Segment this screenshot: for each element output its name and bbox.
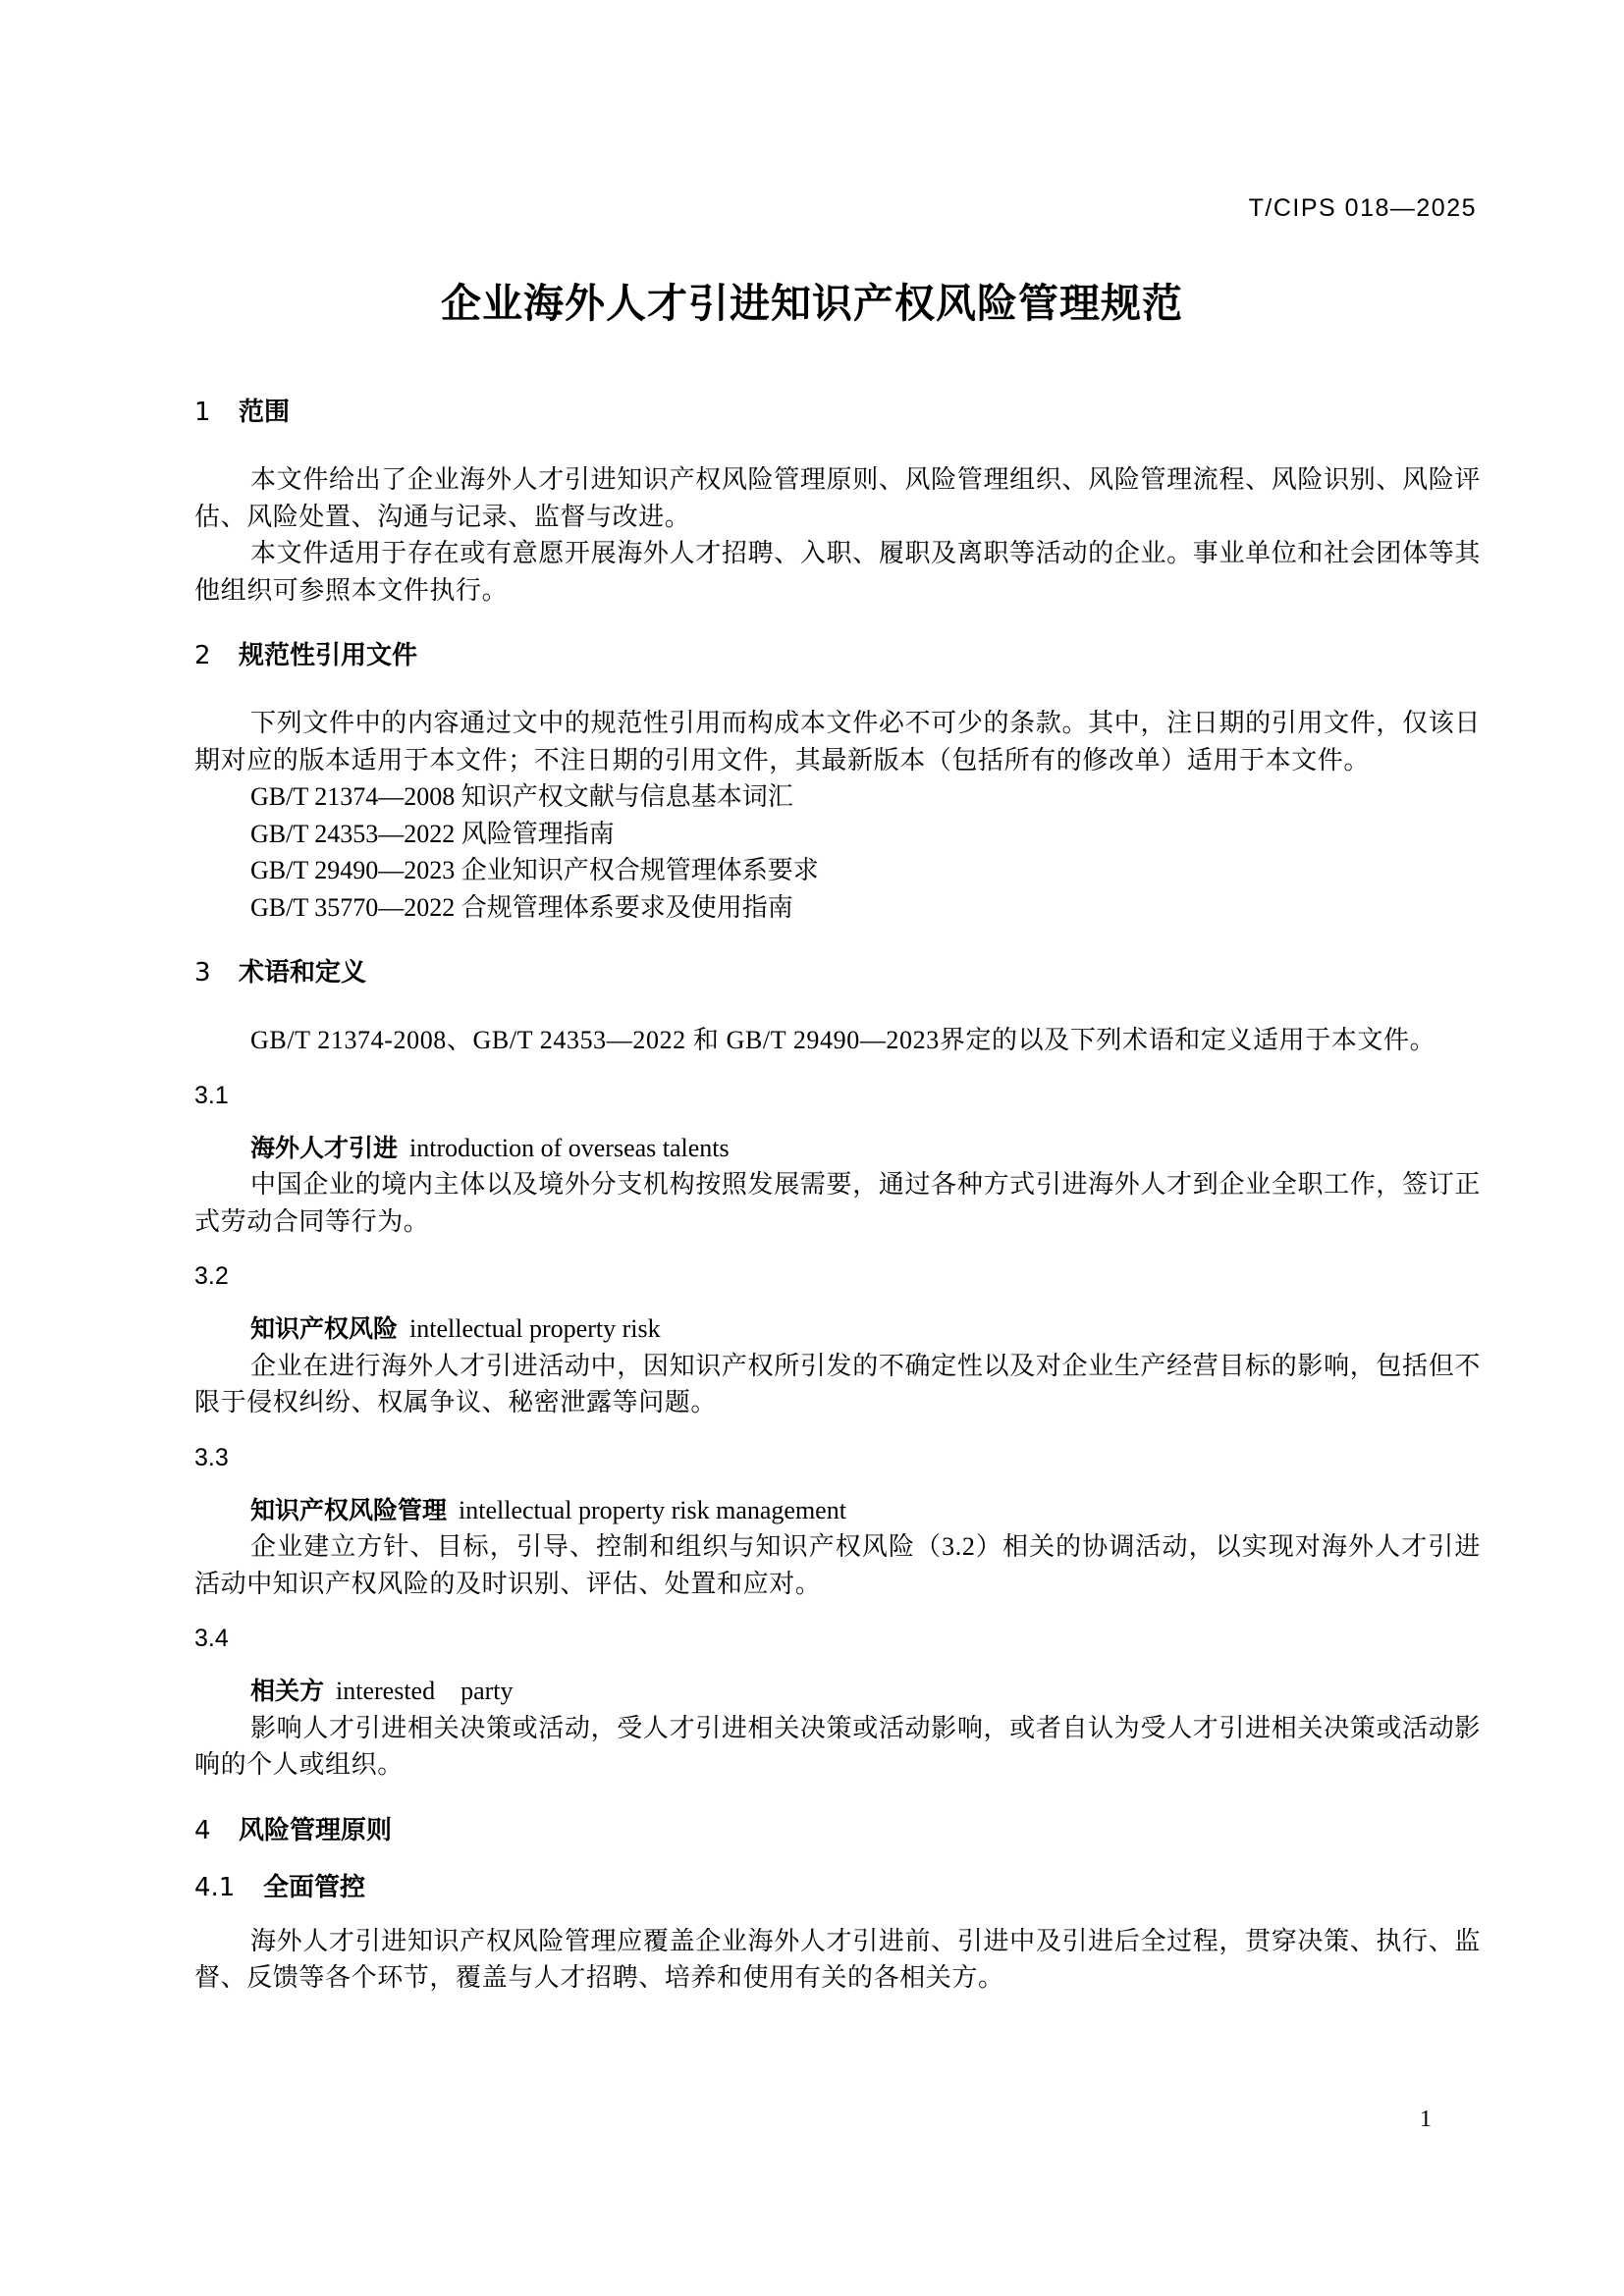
term-number: 3.2 [194, 1257, 1481, 1295]
term-chinese: 知识产权风险管理 [250, 1496, 447, 1524]
term-definition: 企业建立方针、目标，引导、控制和组织与知识产权风险（3.2）相关的协调活动，以实… [194, 1528, 1481, 1602]
section-heading-scope: 1范围 [194, 393, 1481, 432]
subsection-number: 4.1 [194, 1868, 263, 1907]
reference-item: GB/T 29490—2023 企业知识产权合规管理体系要求 [194, 852, 1481, 889]
term-definition: 影响人才引进相关决策或活动，受人才引进相关决策或活动影响，或者自认为受人才引进相… [194, 1710, 1481, 1784]
paragraph: GB/T 21374-2008、GB/T 24353—2022 和 GB/T 2… [194, 1022, 1481, 1059]
term-definition: 中国企业的境内主体以及境外分支机构按照发展需要，通过各种方式引进海外人才到企业全… [194, 1166, 1481, 1240]
paragraph: 本文件给出了企业海外人才引进知识产权风险管理原则、风险管理组织、风险管理流程、风… [194, 461, 1481, 535]
term-chinese: 知识产权风险 [250, 1314, 398, 1343]
term-entry: 相关方interested party [194, 1673, 1481, 1710]
paragraph: 下列文件中的内容通过文中的规范性引用而构成本文件必不可少的条款。其中，注日期的引… [194, 705, 1481, 778]
section-heading-terms-definitions: 3术语和定义 [194, 953, 1481, 992]
reference-code: GB/T 29490—2023 [250, 856, 455, 884]
term-english: intellectual property risk management [459, 1496, 846, 1524]
document-title: 企业海外人才引进知识产权风险管理规范 [0, 271, 1624, 329]
section-number: 2 [194, 636, 239, 675]
section-title: 风险管理原则 [239, 1816, 392, 1845]
reference-item: GB/T 21374—2008 知识产权文献与信息基本词汇 [194, 778, 1481, 816]
reference-code: GB/T 24353—2022 [250, 820, 455, 848]
document-code: T/CIPS 018—2025 [1249, 194, 1477, 223]
reference-item: GB/T 35770—2022 合规管理体系要求及使用指南 [194, 889, 1481, 927]
reference-code: GB/T 21374—2008 [250, 782, 455, 811]
term-entry: 海外人才引进introduction of overseas talents [194, 1130, 1481, 1167]
term-english: introduction of overseas talents [409, 1134, 730, 1162]
term-chinese: 相关方 [250, 1677, 324, 1705]
term-number: 3.4 [194, 1620, 1481, 1657]
paragraph: 本文件适用于存在或有意愿开展海外人才招聘、入职、履职及离职等活动的企业。事业单位… [194, 535, 1481, 609]
subsection-title: 全面管控 [263, 1873, 365, 1902]
term-entry: 知识产权风险intellectual property risk [194, 1310, 1481, 1348]
section-title: 规范性引用文件 [239, 641, 417, 670]
section-number: 3 [194, 953, 239, 992]
section-title: 范围 [239, 398, 290, 427]
term-english: interested party [336, 1677, 514, 1705]
section-heading-normative-references: 2规范性引用文件 [194, 636, 1481, 675]
reference-title: 企业知识产权合规管理体系要求 [461, 856, 819, 884]
reference-code: GB/T 35770—2022 [250, 893, 455, 922]
document-page: T/CIPS 018—2025 企业海外人才引进知识产权风险管理规范 1范围 本… [0, 0, 1624, 2296]
document-body: 1范围 本文件给出了企业海外人才引进知识产权风险管理原则、风险管理组织、风险管理… [194, 393, 1481, 1997]
page-number: 1 [1420, 2107, 1432, 2133]
section-title: 术语和定义 [239, 958, 366, 988]
reference-item: GB/T 24353—2022 风险管理指南 [194, 816, 1481, 853]
reference-title: 合规管理体系要求及使用指南 [461, 893, 793, 922]
term-number: 3.1 [194, 1077, 1481, 1114]
term-chinese: 海外人才引进 [250, 1134, 398, 1162]
term-definition: 企业在进行海外人才引进活动中，因知识产权所引发的不确定性以及对企业生产经营目标的… [194, 1348, 1481, 1421]
section-heading-risk-management-principles: 4风险管理原则 [194, 1811, 1481, 1850]
paragraph: 海外人才引进知识产权风险管理应覆盖企业海外人才引进前、引进中及引进后全过程，贯穿… [194, 1923, 1481, 1997]
term-number: 3.3 [194, 1439, 1481, 1476]
term-english: intellectual property risk [409, 1314, 661, 1343]
section-number: 4 [194, 1811, 239, 1850]
subsection-heading-comprehensive-control: 4.1全面管控 [194, 1868, 1481, 1907]
reference-title: 风险管理指南 [461, 820, 615, 848]
reference-title: 知识产权文献与信息基本词汇 [461, 782, 793, 811]
section-number: 1 [194, 393, 239, 432]
term-entry: 知识产权风险管理intellectual property risk manag… [194, 1492, 1481, 1529]
